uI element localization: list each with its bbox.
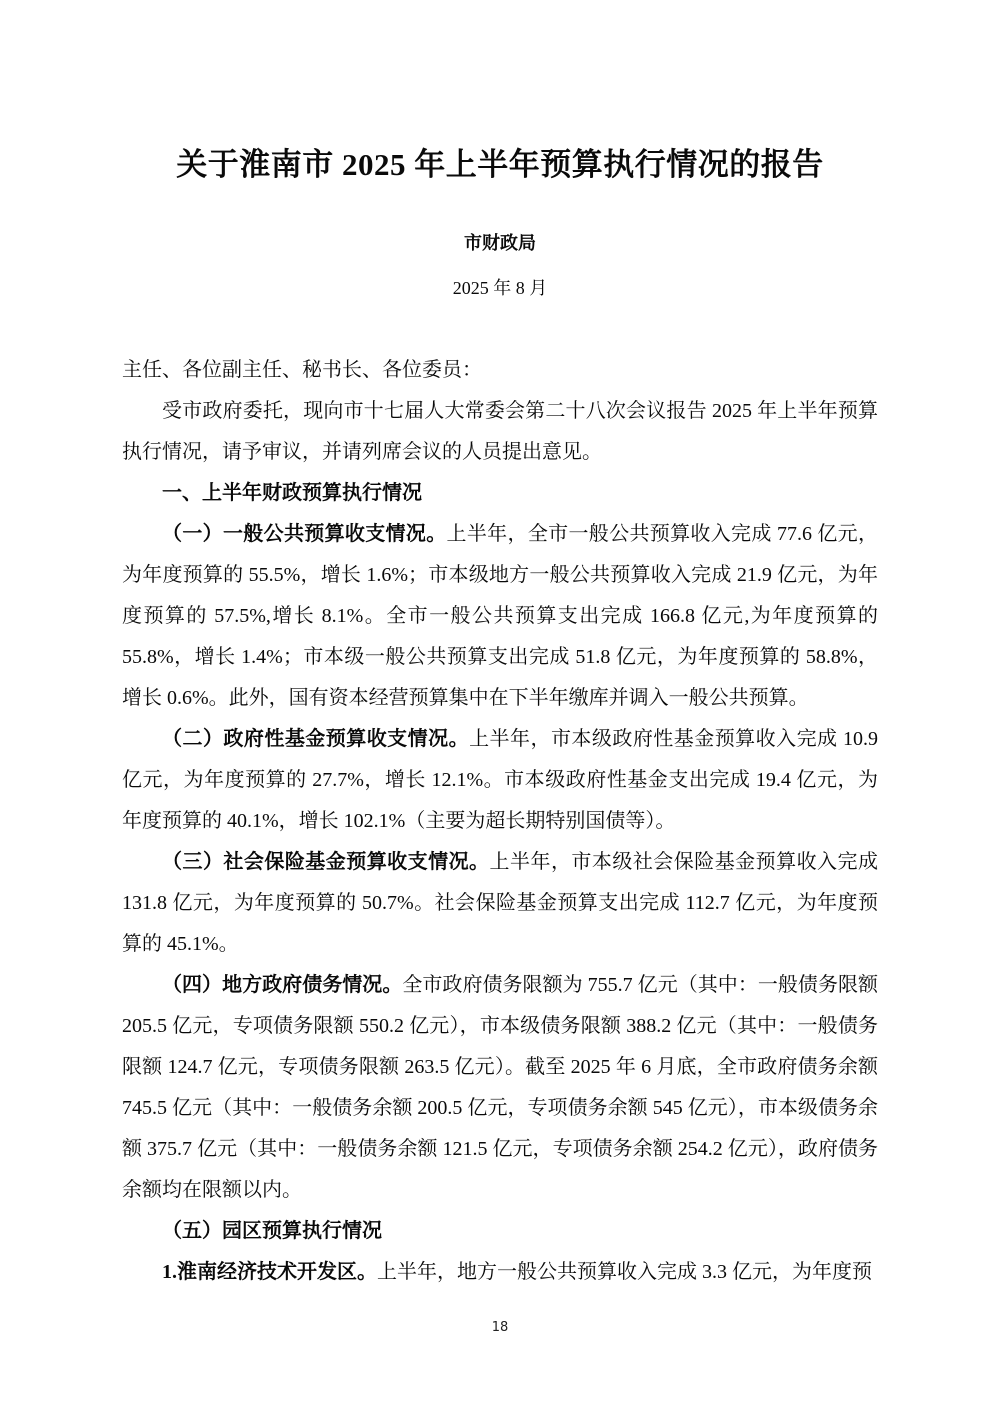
paragraph-text-4: 全市政府债务限额为 755.7 亿元（其中：一般债务限额 205.5 亿元，专项…	[122, 974, 878, 1201]
page-title: 关于淮南市 2025 年上半年预算执行情况的报告	[122, 146, 878, 183]
paragraph-lead-6: 1.淮南经济技术开发区。	[162, 1261, 377, 1283]
paragraph-lead-3: （三）社会保险基金预算收支情况。	[162, 851, 490, 873]
document-body: 主任、各位副主任、秘书长、各位委员： 受市政府委托，现向市十七届人大常委会第二十…	[122, 350, 878, 1293]
section-heading-1: 一、上半年财政预算执行情况	[122, 473, 878, 514]
page-number: 18	[0, 1320, 1000, 1335]
paragraph-lead-4: （四）地方政府债务情况。	[162, 974, 402, 996]
paragraph-text-6: 上半年，地方一般公共预算收入完成 3.3 亿元，为年度预	[377, 1261, 872, 1283]
paragraph-general-public-budget: （一）一般公共预算收支情况。上半年，全市一般公共预算收入完成 77.6 亿元，为…	[122, 514, 878, 719]
paragraph-lead-1: （一）一般公共预算收支情况。	[162, 523, 447, 545]
date-line: 2025 年 8 月	[122, 274, 878, 300]
paragraph-local-government-debt: （四）地方政府债务情况。全市政府债务限额为 755.7 亿元（其中：一般债务限额…	[122, 965, 878, 1211]
section-heading-5: （五）园区预算执行情况	[122, 1211, 878, 1252]
paragraph-government-funds: （二）政府性基金预算收支情况。上半年，市本级政府性基金预算收入完成 10.9 亿…	[122, 719, 878, 842]
paragraph-development-zone: 1.淮南经济技术开发区。上半年，地方一般公共预算收入完成 3.3 亿元，为年度预	[122, 1252, 878, 1293]
intro-paragraph: 受市政府委托，现向市十七届人大常委会第二十八次会议报告 2025 年上半年预算执…	[122, 391, 878, 473]
paragraph-social-insurance: （三）社会保险基金预算收支情况。上半年，市本级社会保险基金预算收入完成 131.…	[122, 842, 878, 965]
document-page: 关于淮南市 2025 年上半年预算执行情况的报告 市财政局 2025 年 8 月…	[0, 0, 1000, 1415]
salutation-line: 主任、各位副主任、秘书长、各位委员：	[122, 350, 878, 391]
paragraph-lead-2: （二）政府性基金预算收支情况。	[162, 728, 469, 750]
author-line: 市财政局	[122, 229, 878, 255]
paragraph-text-1: 上半年，全市一般公共预算收入完成 77.6 亿元，为年度预算的 55.5%，增长…	[122, 523, 878, 709]
